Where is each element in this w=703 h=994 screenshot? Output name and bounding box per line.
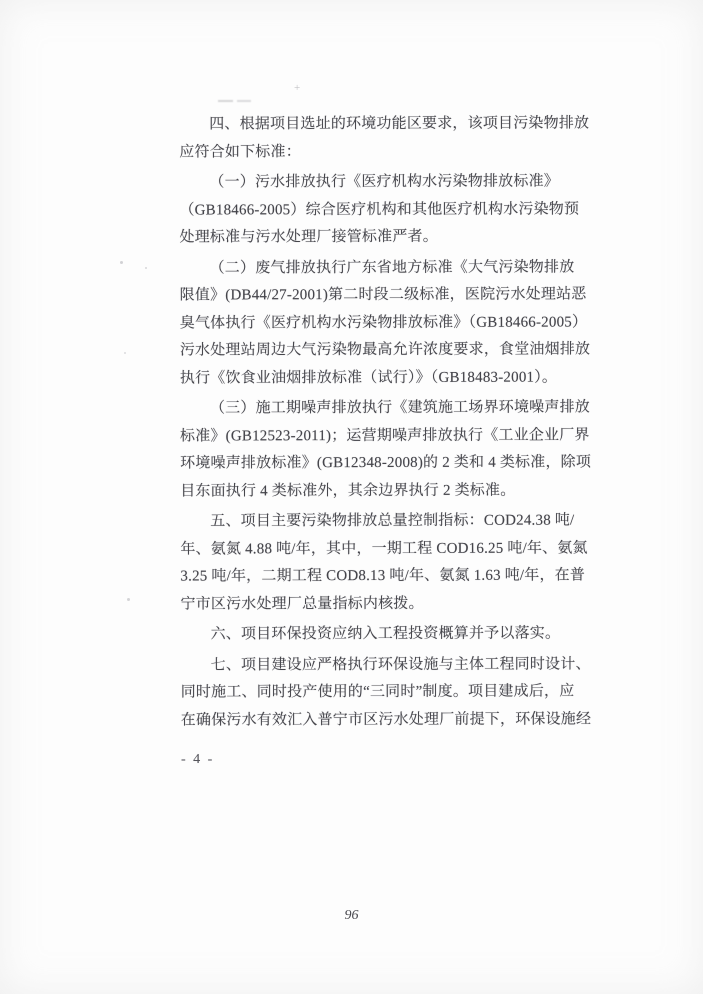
text-line: 四、根据项目选址的环境功能区要求，该项目污染物排放 [179, 110, 583, 139]
text-line: （二）废气排放执行广东省地方标准《大气污染物排放 [180, 254, 584, 283]
scan-artifact [145, 267, 147, 269]
text-line: 环境噪声排放标准》(GB12348-2008)的 2 类和 4 类标准，除项 [180, 449, 584, 478]
document-body: 四、根据项目选址的环境功能区要求，该项目污染物排放 应符合如下标准： （一）污水… [179, 110, 585, 734]
text-line: 限值》(DB44/27-2001)第二时段二级标准，医院污水处理站恶 [180, 281, 584, 310]
scan-artifact [124, 352, 126, 354]
text-line: 宁市区污水处理厂总量指标内核拨。 [180, 590, 584, 619]
scan-artifact: + [294, 82, 300, 94]
text-line: 应符合如下标准： [179, 138, 583, 167]
text-line: 处理标准与污水处理厂接管标准严者。 [179, 223, 583, 252]
text-line: （三）施工期噪声排放执行《建筑施工场界环境噪声排放 [180, 394, 584, 423]
scanned-document-page: + 四、根据项目选址的环境功能区要求，该项目污染物排放 应符合如下标准： （一）… [0, 0, 703, 994]
text-line: 在确保污水有效汇入普宁市区污水处理厂前提下，环保设施经 [181, 706, 585, 735]
document-page-label: - 4 - [181, 750, 214, 770]
text-line: 臭气体执行《医疗机构水污染物排放标准》（GB18466-2005） [180, 309, 584, 338]
scan-page-number: 96 [0, 908, 703, 924]
text-line: 3.25 吨/年，二期工程 COD8.13 吨/年、氨氮 1.63 吨/年，在普 [180, 562, 584, 591]
text-line: 年、氨氮 4.88 吨/年，其中，一期工程 COD16.25 吨/年、氨氮 [180, 535, 584, 564]
scan-artifact [120, 261, 123, 264]
text-line: 目东面执行 4 类标准外，其余边界执行 2 类标准。 [180, 477, 584, 506]
scan-artifact [127, 598, 130, 601]
text-line: 执行《饮食业油烟排放标准（试行）》（GB18483-2001）。 [180, 364, 584, 393]
text-line: 标准》(GB12523-2011)；运营期噪声排放执行《工业企业厂界 [180, 422, 584, 451]
text-line: 污水处理站周边大气污染物最高允许浓度要求，食堂油烟排放 [180, 336, 584, 365]
text-line: 同时施工、同时投产使用的“三同时”制度。项目建成后，应 [181, 678, 585, 707]
text-line: （一）污水排放执行《医疗机构水污染物排放标准》 [179, 168, 583, 197]
text-line: 五、项目主要污染物排放总量控制指标：COD24.38 吨/ [180, 507, 584, 536]
scan-artifact [218, 100, 233, 102]
text-line: （GB18466-2005）综合医疗机构和其他医疗机构水污染物预 [179, 196, 583, 225]
text-line: 七、项目建设应严格执行环保设施与主体工程同时设计、 [181, 651, 585, 680]
text-line: 六、项目环保投资应纳入工程投资概算并予以落实。 [181, 620, 585, 649]
scan-artifact [237, 100, 251, 102]
